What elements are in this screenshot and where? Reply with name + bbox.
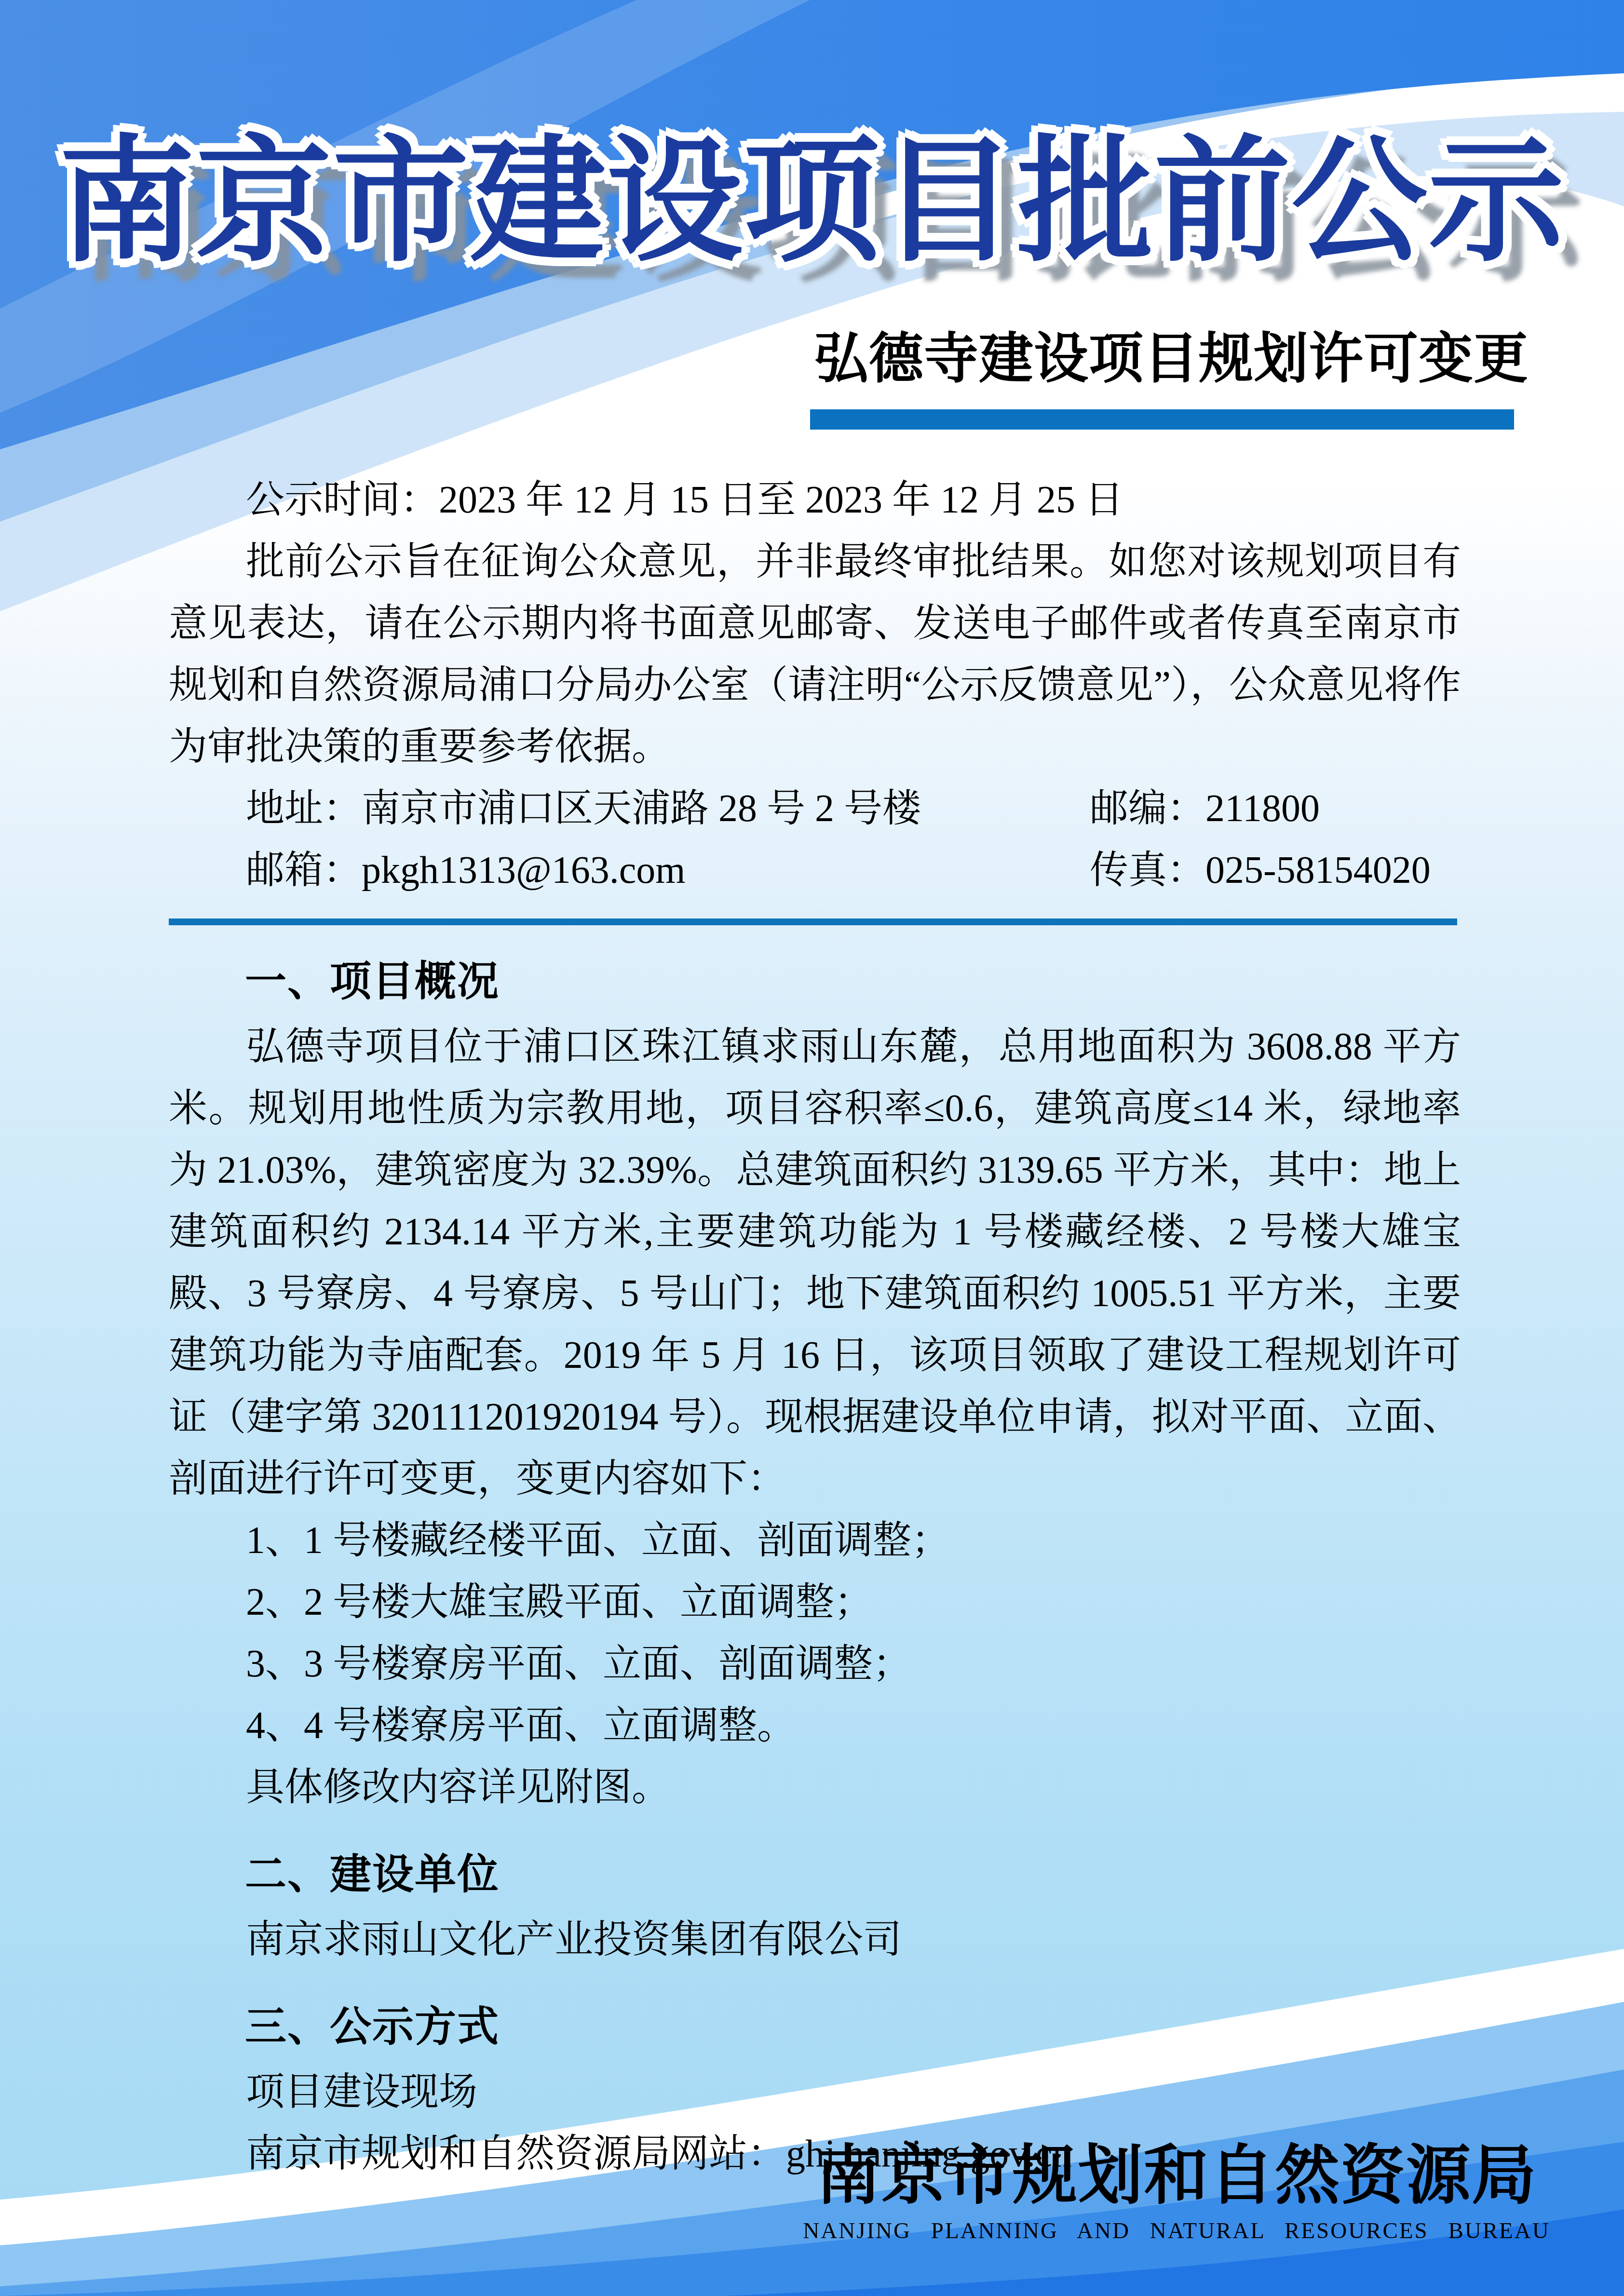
change-item-3: 3、3 号楼寮房平面、立面、剖面调整； [169, 1633, 1461, 1695]
bureau-name-en: NANJING PLANNING AND NATURAL RESOURCES B… [767, 2218, 1586, 2244]
change-item-4: 4、4 号楼寮房平面、立面调整。 [169, 1695, 1461, 1756]
project-subtitle: 弘德寺建设项目规划许可变更 [814, 324, 1529, 395]
fax-text: 传真：025-58154020 [1090, 839, 1431, 901]
notice-body: 公示时间：2023 年 12 月 15 日至 2023 年 12 月 25 日 … [169, 469, 1461, 2185]
section-divider-line [169, 918, 1457, 925]
publicity-method-site: 项目建设现场 [169, 2061, 1461, 2123]
bureau-signature: 南京市规划和自然资源局 NANJING PLANNING AND NATURAL… [767, 2140, 1586, 2244]
bureau-name-cn: 南京市规划和自然资源局 [767, 2140, 1586, 2212]
change-item-2: 2、2 号楼大雄宝殿平面、立面调整； [169, 1571, 1461, 1633]
email-text: 邮箱：pkgh1313@163.com [246, 849, 685, 891]
section-2-title: 二、建设单位 [169, 1843, 1461, 1906]
section-3-title: 三、公示方式 [169, 1996, 1461, 2058]
change-item-1: 1、1 号楼藏经楼平面、立面、剖面调整； [169, 1510, 1461, 1571]
address-text: 地址：南京市浦口区天浦路 28 号 2 号楼 [246, 787, 921, 830]
section-1-paragraph: 弘德寺项目位于浦口区珠江镇求雨山东麓，总用地面积为 3608.88 平方米。规划… [169, 1016, 1461, 1510]
contact-email-row: 邮箱：pkgh1313@163.com 传真：025-58154020 [169, 839, 1461, 901]
contact-address-row: 地址：南京市浦口区天浦路 28 号 2 号楼 邮编：211800 [169, 778, 1461, 839]
builder-name: 南京求雨山文化产业投资集团有限公司 [169, 1909, 1461, 1971]
section-1-title: 一、项目概况 [169, 950, 1461, 1013]
attachment-note: 具体修改内容详见附图。 [169, 1756, 1461, 1818]
notice-intro: 批前公示旨在征询公众意见，并非最终审批结果。如您对该规划项目有意见表达，请在公示… [169, 531, 1461, 778]
publicity-period: 公示时间：2023 年 12 月 15 日至 2023 年 12 月 25 日 [169, 469, 1461, 531]
page-title: 南京市建设项目批前公示 [0, 124, 1624, 281]
postcode-text: 邮编：211800 [1090, 778, 1320, 839]
subtitle-underline-bar [810, 409, 1514, 430]
